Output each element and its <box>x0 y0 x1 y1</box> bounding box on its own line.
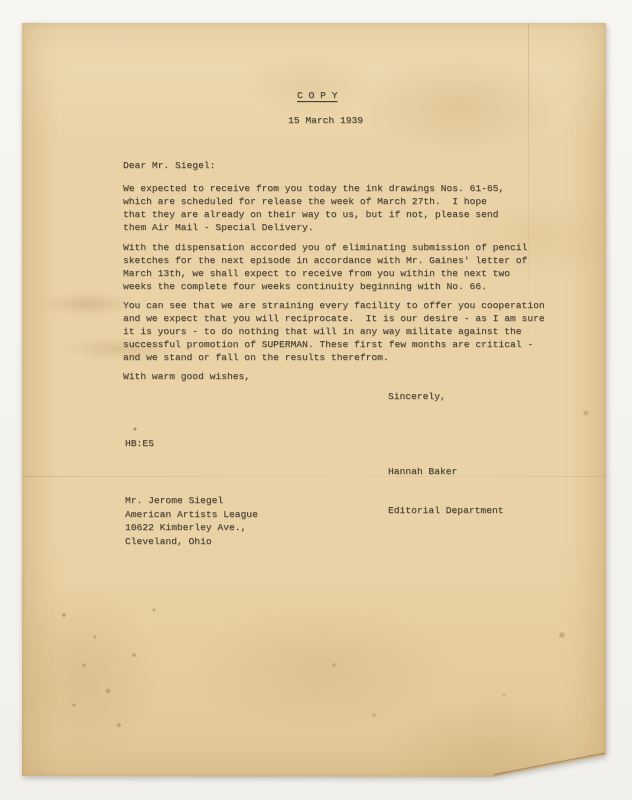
copy-header: C O P Y <box>297 89 337 102</box>
scan-background: C O P Y 15 March 1939 Dear Mr. Siegel: W… <box>0 0 632 800</box>
salutation: Dear Mr. Siegel: <box>123 159 215 172</box>
fold-line-vertical <box>528 23 529 335</box>
signature-block: Hannah Baker Editorial Department <box>388 439 504 543</box>
fold-line-horizontal <box>22 476 606 477</box>
letter-page: C O P Y 15 March 1939 Dear Mr. Siegel: W… <box>22 23 606 777</box>
paragraph-1: We expected to receive from you today th… <box>123 182 504 234</box>
letter-date: 15 March 1939 <box>288 114 363 127</box>
closing-line: With warm good wishes, <box>123 370 250 383</box>
signature-name: Hannah Baker <box>388 465 504 478</box>
letter-page-wrap: C O P Y 15 March 1939 Dear Mr. Siegel: W… <box>22 23 606 777</box>
paragraph-2: With the dispensation accorded you of el… <box>123 241 527 293</box>
paragraph-3: You can see that we are straining every … <box>123 299 545 364</box>
recipient-address: Mr. Jerome Siegel American Artists Leagu… <box>125 494 258 548</box>
signoff: Sincerely, <box>388 390 446 403</box>
corner-crease <box>494 753 604 775</box>
typist-initials: HB:ES <box>125 437 154 450</box>
signature-title: Editorial Department <box>388 504 504 517</box>
